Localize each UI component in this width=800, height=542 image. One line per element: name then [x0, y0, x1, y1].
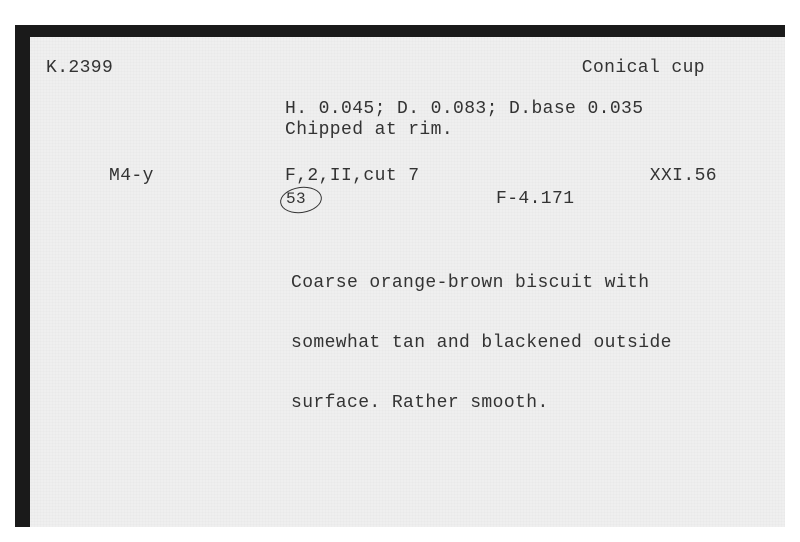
excavation-context: F,2,II,cut 7	[285, 166, 419, 186]
scan-border-top	[15, 25, 785, 37]
grid-square: M4-y	[109, 166, 154, 186]
description-line: surface. Rather smooth.	[291, 393, 672, 413]
scan-border-left	[15, 25, 30, 527]
description-line: Coarse orange-brown biscuit with	[291, 273, 672, 293]
description-line: somewhat tan and blackened outside	[291, 333, 672, 353]
object-type: Conical cup	[582, 58, 705, 78]
catalog-card: K.2399 Conical cup H. 0.045; D. 0.083; D…	[30, 37, 785, 527]
excavation-date: XXI.56	[650, 166, 717, 186]
lot-number: 53	[286, 189, 306, 209]
description: Coarse orange-brown biscuit with somewha…	[291, 233, 672, 453]
catalog-number: K.2399	[46, 58, 113, 78]
condition-note: Chipped at rim.	[285, 120, 453, 140]
dimensions: H. 0.045; D. 0.083; D.base 0.035	[285, 99, 643, 119]
inventory-number: F-4.171	[496, 189, 574, 209]
